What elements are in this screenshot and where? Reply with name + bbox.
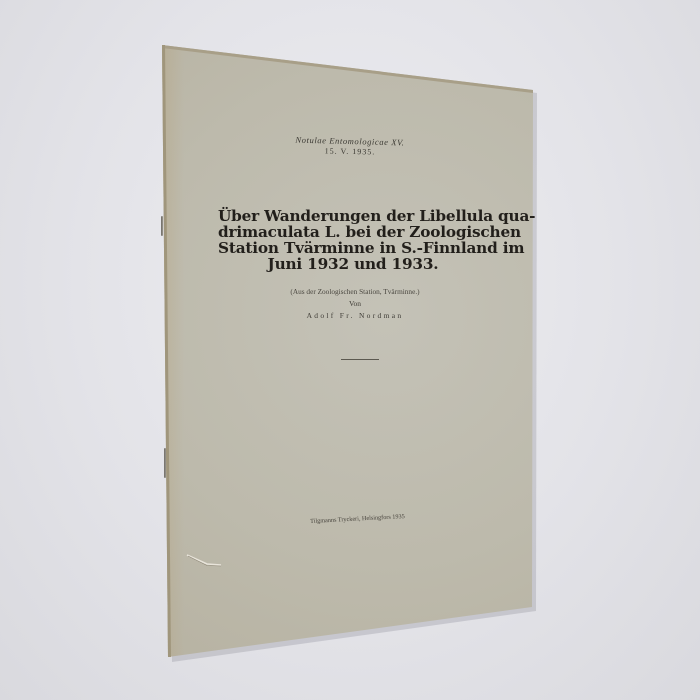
title-line: Juni 1932 und 1933. [218, 256, 488, 272]
article-title: Über Wanderungen der Libellula qua- drim… [218, 208, 488, 272]
institution-note: (Aus der Zoologischen Station, Tvärminne… [270, 287, 440, 296]
title-line: drimaculata L. bei der Zoologischen [218, 224, 488, 240]
printer-imprint: Tilgmanns Tryckeri, Helsingfors 1935 [310, 512, 430, 525]
cover-text: Notulae Entomologicae XV. 15. V. 1935. Ü… [0, 0, 700, 700]
photo-scene: Notulae Entomologicae XV. 15. V. 1935. Ü… [0, 0, 700, 700]
title-line: Station Tvärminne in S.-Finnland im [218, 240, 488, 256]
author-name: Adolf Fr. Nordman [280, 311, 430, 320]
divider-rule [341, 359, 379, 360]
title-line: Über Wanderungen der Libellula qua- [218, 208, 488, 224]
by-label: Von [330, 299, 380, 308]
